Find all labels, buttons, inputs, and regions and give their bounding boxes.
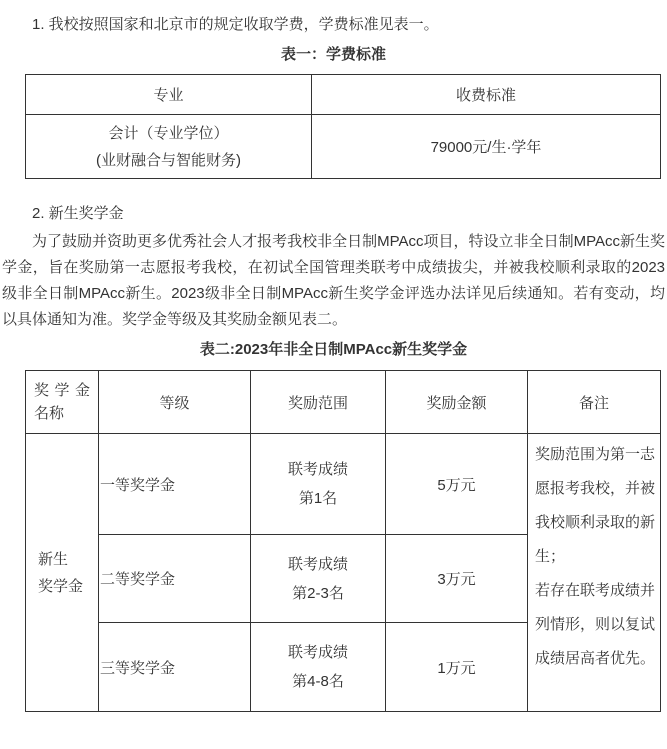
- scholarship-header-level: 等级: [99, 371, 251, 434]
- scholarship-header-scope: 奖励范围: [251, 371, 386, 434]
- tuition-header-major: 专业: [26, 75, 312, 115]
- scope-cell-first: 联考成绩 第1名: [251, 434, 386, 535]
- scholarship-table: 奖 学 金 名称 等级 奖励范围 奖励金额 备注 新生 奖学金 一等奖学金 联考…: [25, 370, 661, 712]
- scholarship-name-line2: 奖学金: [38, 573, 98, 600]
- scope-cell-third: 联考成绩 第4-8名: [251, 623, 386, 712]
- tuition-intro-paragraph: 1. 我校按照国家和北京市的规定收取学费，学费标准见表一。: [2, 12, 665, 38]
- scope-second-line2: 第2-3名: [251, 579, 385, 608]
- scope-first-line2: 第1名: [251, 484, 385, 513]
- table2-title: 表二:2023年非全日制MPAcc新生奖学金: [2, 337, 665, 363]
- scope-second-line1: 联考成绩: [251, 550, 385, 579]
- amount-cell-first: 5万元: [386, 434, 528, 535]
- scope-third-line2: 第4-8名: [251, 667, 385, 696]
- level-cell-first: 一等奖学金: [99, 434, 251, 535]
- remark-cell: 奖励范围为第一志愿报考我校，并被我校顺利录取的新生； 若存在联考成绩并列情形，则…: [528, 434, 661, 712]
- remark-line2: 若存在联考成绩并列情形，则以复试成绩居高者优先。: [535, 574, 655, 676]
- tuition-table-header-row: 专业 收费标准: [26, 75, 661, 115]
- scholarship-header-remark: 备注: [528, 371, 661, 434]
- amount-cell-third: 1万元: [386, 623, 528, 712]
- remark-line1: 奖励范围为第一志愿报考我校，并被我校顺利录取的新生；: [535, 438, 655, 574]
- scholarship-table-header-row: 奖 学 金 名称 等级 奖励范围 奖励金额 备注: [26, 371, 661, 434]
- amount-cell-second: 3万元: [386, 535, 528, 623]
- scope-first-line1: 联考成绩: [251, 455, 385, 484]
- scholarship-name-line1: 新生: [38, 546, 98, 573]
- scholarship-header-name: 奖 学 金 名称: [26, 371, 99, 434]
- tuition-header-fee: 收费标准: [312, 75, 661, 115]
- scholarship-name-cell: 新生 奖学金: [26, 434, 99, 712]
- table1-title: 表一：学费标准: [2, 42, 665, 68]
- level-cell-third: 三等奖学金: [99, 623, 251, 712]
- tuition-fee-cell: 79000元/生·学年: [312, 115, 661, 179]
- scholarship-paragraph: 为了鼓励并资助更多优秀社会人才报考我校非全日制MPAcc项目，特设立非全日制MP…: [2, 229, 665, 333]
- document-page: 1. 我校按照国家和北京市的规定收取学费，学费标准见表一。 表一：学费标准 专业…: [0, 0, 667, 749]
- section2-heading: 2. 新生奖学金: [2, 201, 665, 227]
- major-subname: (业财融合与智能财务): [26, 147, 311, 174]
- tuition-table-data-row: 会计（专业学位） (业财融合与智能财务) 79000元/生·学年: [26, 115, 661, 179]
- tuition-table: 专业 收费标准 会计（专业学位） (业财融合与智能财务) 79000元/生·学年: [25, 74, 661, 179]
- scholarship-header-name-line1: 奖 学 金: [34, 379, 90, 402]
- major-name: 会计（专业学位）: [26, 120, 311, 147]
- level-cell-second: 二等奖学金: [99, 535, 251, 623]
- scope-cell-second: 联考成绩 第2-3名: [251, 535, 386, 623]
- tuition-major-cell: 会计（专业学位） (业财融合与智能财务): [26, 115, 312, 179]
- scholarship-header-name-line2: 名称: [34, 402, 90, 425]
- scope-third-line1: 联考成绩: [251, 638, 385, 667]
- scholarship-header-amount: 奖励金额: [386, 371, 528, 434]
- scholarship-row-first: 新生 奖学金 一等奖学金 联考成绩 第1名 5万元 奖励范围为第一志愿报考我校，…: [26, 434, 661, 535]
